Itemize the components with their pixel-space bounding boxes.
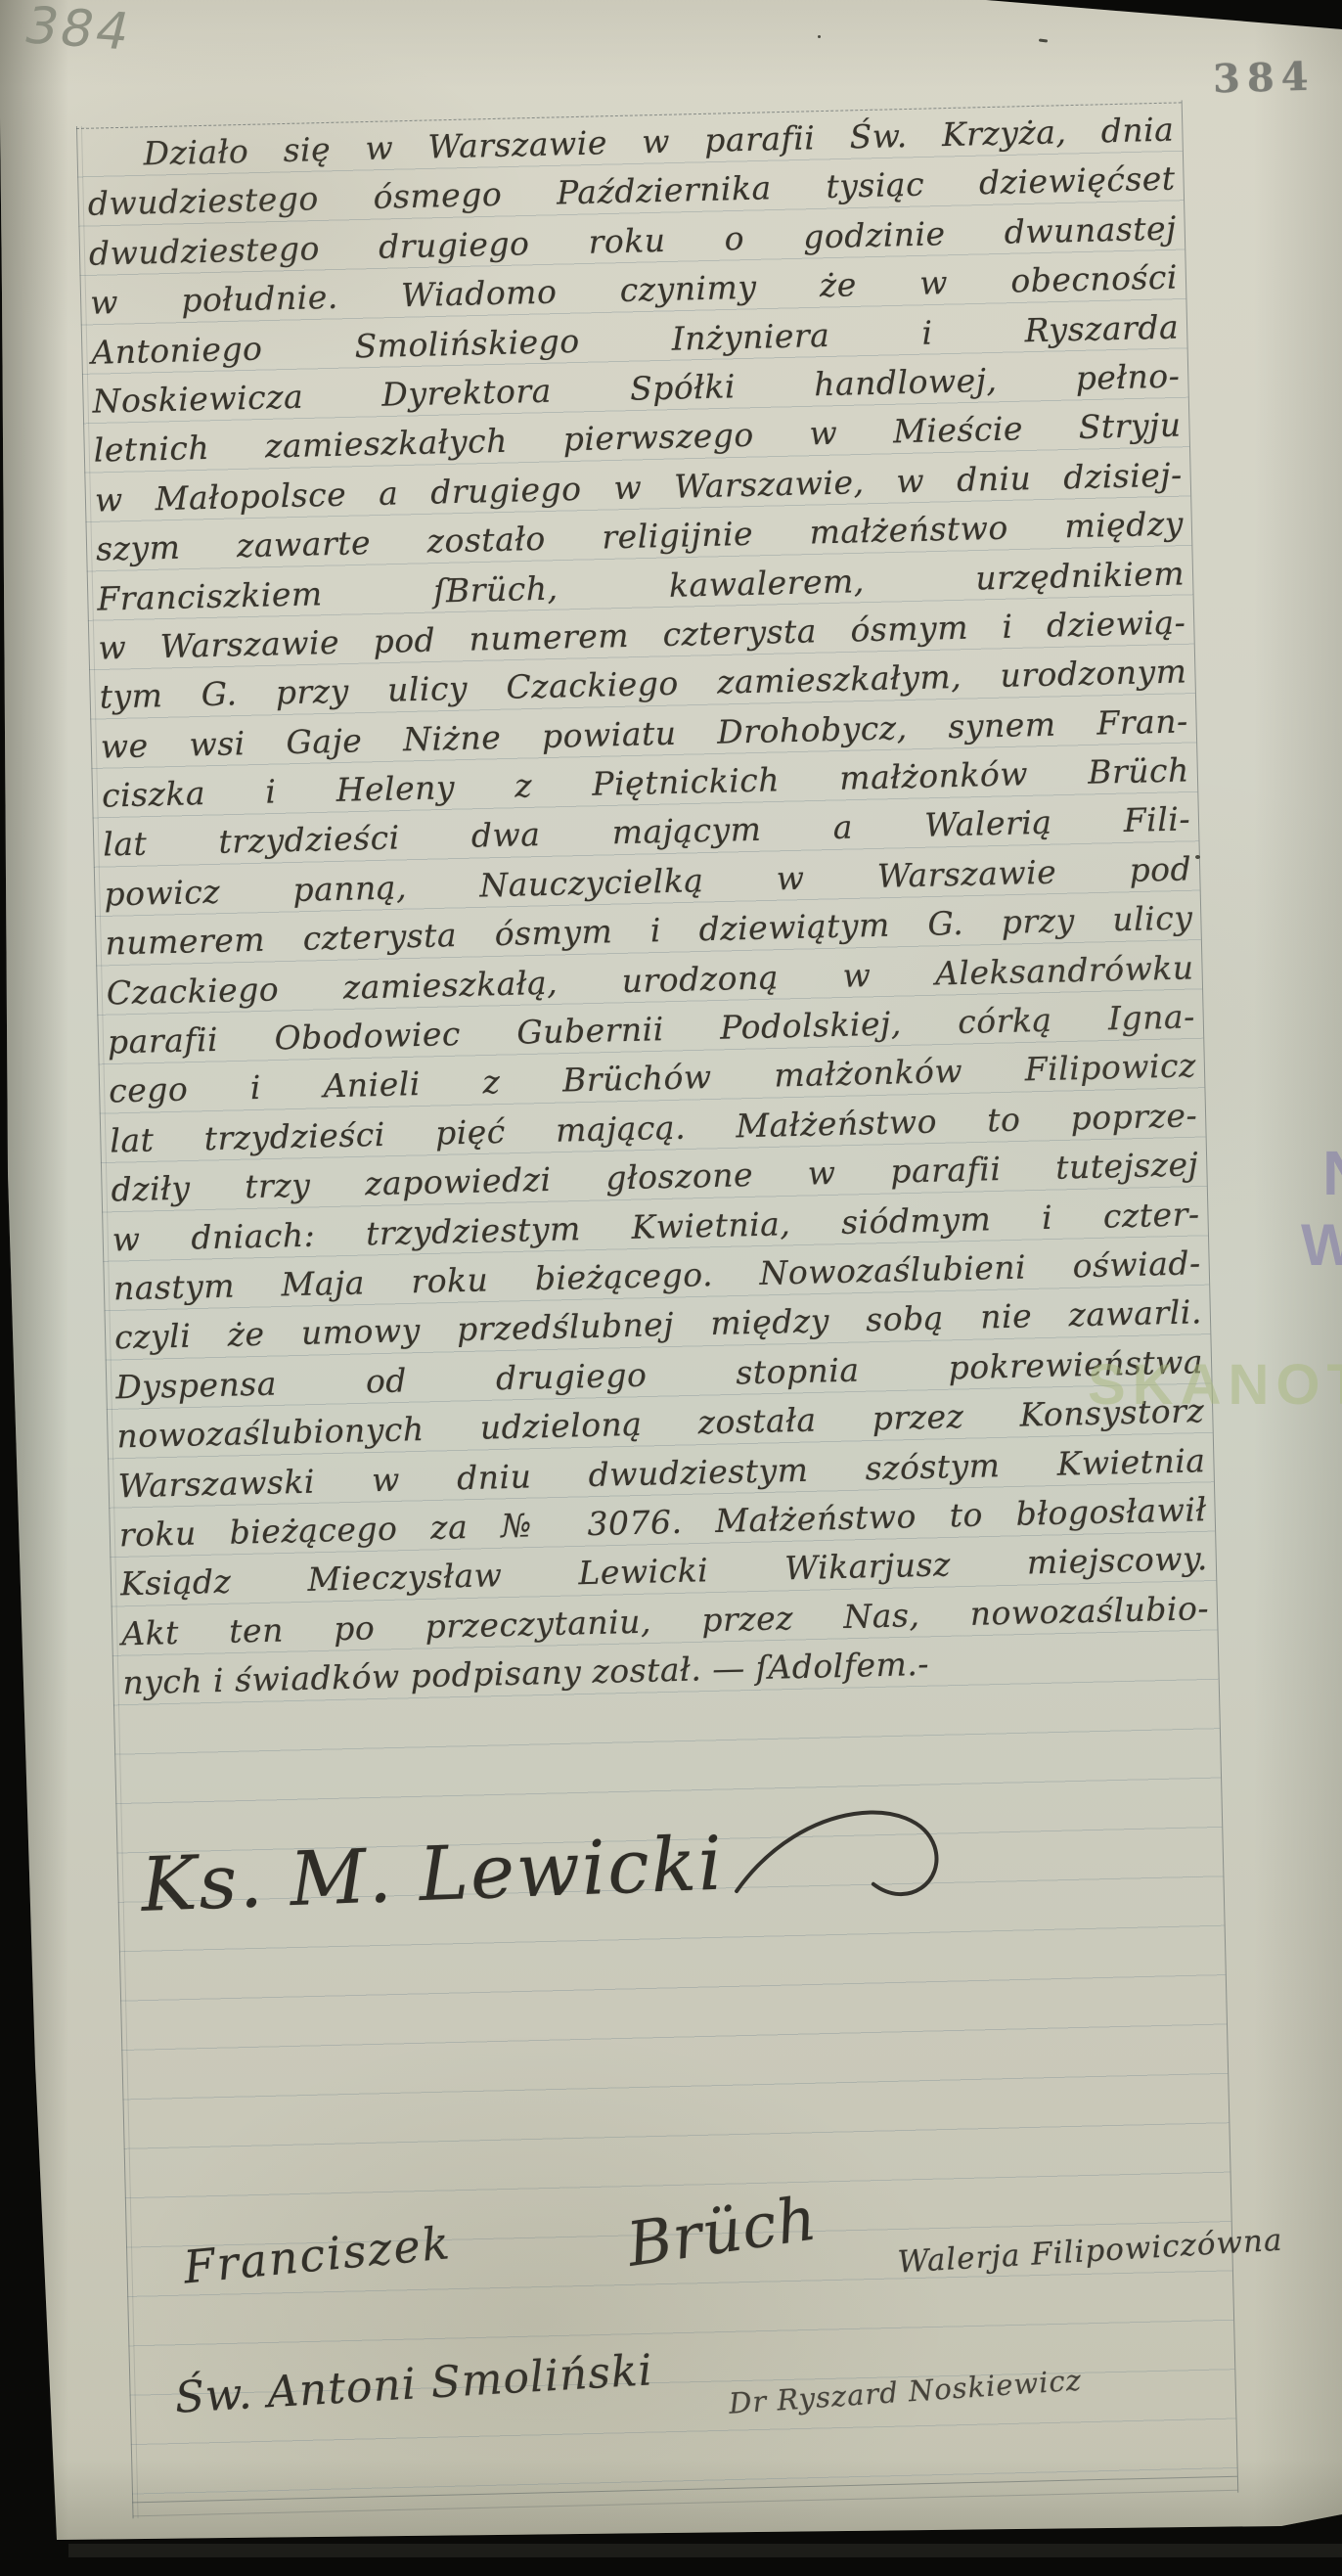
pencil-page-number: 384	[19, 0, 139, 62]
ruled-writing-area: Działo się w Warszawie w parafii Św. Krz…	[76, 102, 1238, 2529]
paper-sheet: 384 384 Działo się w Warszawie w parafii…	[0, 0, 1342, 2576]
ink-speck	[1039, 38, 1048, 42]
clergy-signature-name: Ks. M. Lewicki	[140, 1819, 726, 1927]
scanned-register-page: 384 384 Działo się w Warszawie w parafii…	[0, 0, 1342, 2576]
watermark-skanoteka: SKANOTEKA	[1088, 1352, 1342, 1418]
scan-background-strip	[68, 2544, 1342, 2557]
ink-speck	[818, 35, 821, 38]
watermark-fragment-bottom: W	[1301, 1211, 1342, 1279]
stamped-page-number: 384	[1212, 54, 1316, 103]
act-text: Działo się w Warszawie w parafii Św. Krz…	[86, 106, 1211, 1708]
watermark-fragment-top: N	[1322, 1137, 1342, 1209]
signature-flourish-icon	[725, 1785, 974, 1930]
ink-speck	[1195, 855, 1200, 859]
